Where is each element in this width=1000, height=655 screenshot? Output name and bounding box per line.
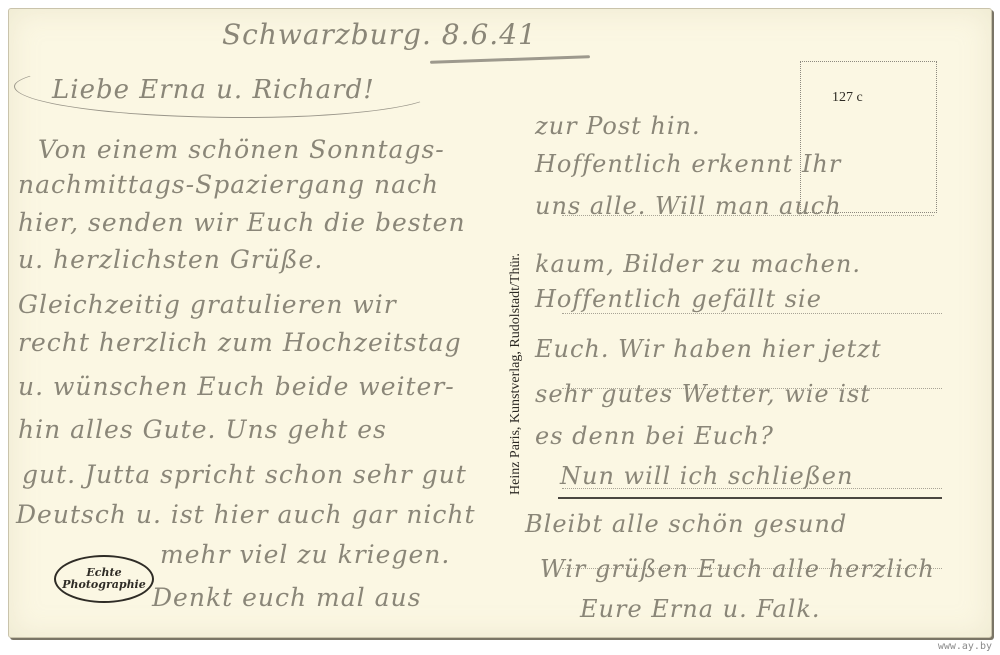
message-line: u. herzlichsten Grüße. xyxy=(18,245,323,274)
greeting: Liebe Erna u. Richard! xyxy=(52,75,375,105)
message-line: gut. Jutta spricht schon sehr gut xyxy=(22,460,467,489)
message-line: mehr viel zu kriegen. xyxy=(160,540,450,569)
message-line: Hoffentlich gefällt sie xyxy=(535,285,822,313)
message-line: Denkt euch mal aus xyxy=(152,583,421,612)
message-line: Wir grüßen Euch alle herzlich xyxy=(540,555,935,583)
message-line: u. wünschen Euch beide weiter- xyxy=(18,372,455,401)
address-line-solid xyxy=(558,497,942,499)
stamp-box xyxy=(800,61,937,213)
message-line: es denn bei Euch? xyxy=(535,422,774,450)
message-line: Euch. Wir haben hier jetzt xyxy=(535,335,882,363)
message-line: hin alles Gute. Uns geht es xyxy=(18,415,387,444)
message-line: Eure Erna u. Falk. xyxy=(580,595,821,623)
message-line: hier, senden wir Euch die besten xyxy=(18,208,466,237)
message-line: Bleibt alle schön gesund xyxy=(525,510,847,538)
message-line: kaum, Bilder zu machen. xyxy=(535,250,861,278)
message-line: Deutsch u. ist hier auch gar nicht xyxy=(16,500,476,529)
address-line xyxy=(562,313,942,314)
message-line: nachmittags-Spaziergang nach xyxy=(18,170,439,199)
message-line: uns alle. Will man auch xyxy=(535,192,842,220)
publisher-imprint-text: Heinz Paris, Kunstverlag, Rudolstadt/Thü… xyxy=(508,253,524,495)
message-line: sehr gutes Wetter, wie ist xyxy=(535,380,871,408)
message-line: recht herzlich zum Hochzeitstag xyxy=(18,328,462,357)
watermark: www.ay.by xyxy=(938,641,992,652)
message-line: Hoffentlich erkennt Ihr xyxy=(535,150,841,178)
echte-photographie-mark: Echte Photographie xyxy=(54,555,154,603)
publisher-imprint: Heinz Paris, Kunstverlag, Rudolstadt/Thü… xyxy=(508,135,522,495)
message-line: Gleichzeitig gratulieren wir xyxy=(18,290,397,319)
date-line: Schwarzburg. 8.6.41 xyxy=(222,18,537,51)
message-line: Nun will ich schließen xyxy=(560,462,853,490)
message-line: zur Post hin. xyxy=(535,112,701,140)
stamp-box-label: 127 c xyxy=(832,90,863,106)
photo-mark-line2: Photographie xyxy=(62,579,146,591)
message-line: Von einem schönen Sonntags- xyxy=(38,135,445,164)
